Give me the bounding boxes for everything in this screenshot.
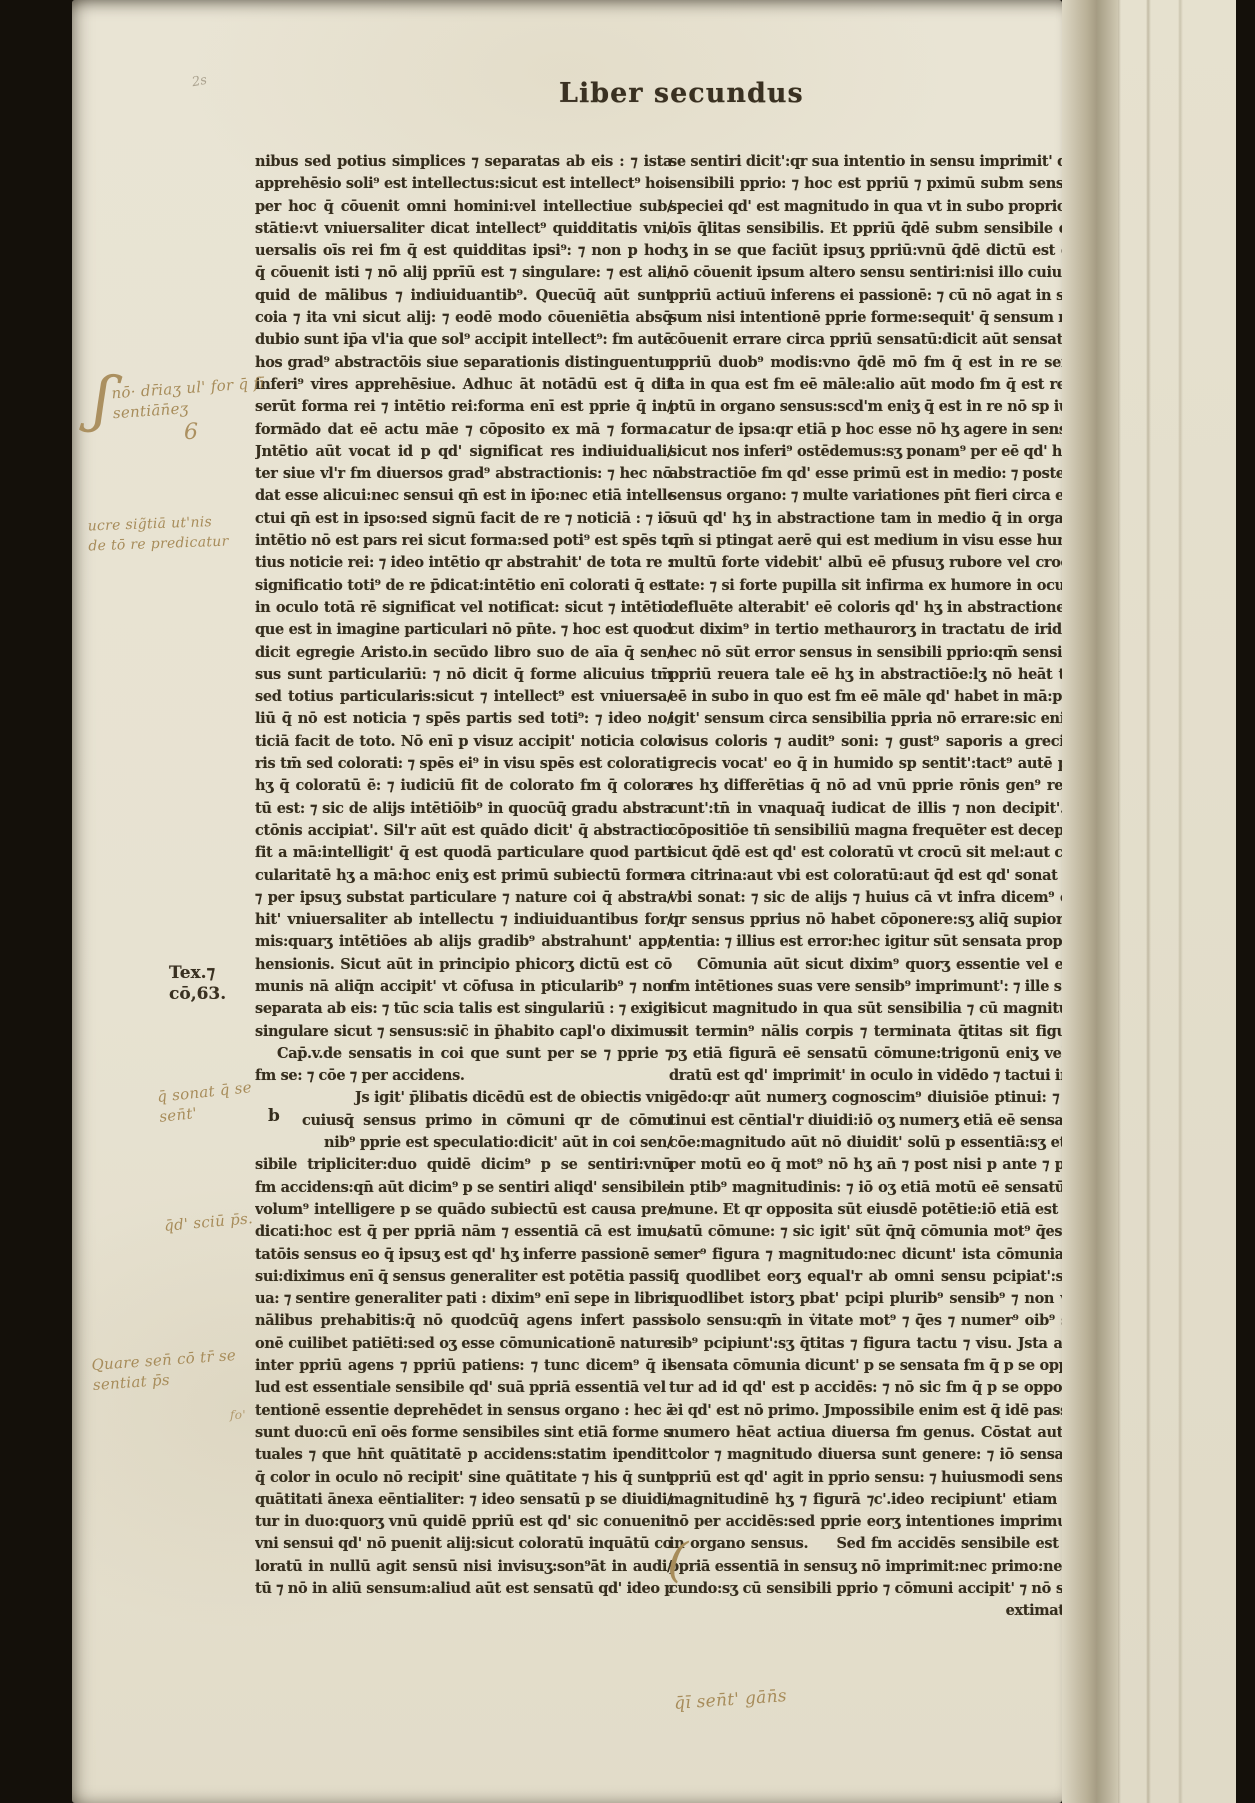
text-line: Jntētio aūt vocat id p qd' significat re… — [255, 441, 672, 463]
text-line: nō cōuenit ipsum altero sensu sentiri:ni… — [669, 262, 1088, 284]
text-line: hos grad⁹ abstractōis siue separationis … — [255, 352, 672, 374]
text-line: se sentiri dicit':qr sua intentio in sen… — [669, 151, 1088, 173]
text-line: vbi sonat: ⁊ sic de alijs ⁊ huius cā vt … — [669, 887, 1088, 909]
text-line: vni sensui qd' nō puenit alij:sicut colo… — [255, 1533, 672, 1555]
pencil-mark: 2s — [191, 73, 208, 90]
text-line: sensibili pprio: ⁊ hoc est ppriū ⁊ pximū… — [669, 173, 1088, 195]
text-line: ptū in organo sensus:scd'm eniʒ q̄ est i… — [669, 396, 1088, 418]
text-line: ppriū actiuū inferens ei passionē: ⁊ cū … — [669, 285, 1088, 307]
page-gutter-shadow — [1062, 0, 1118, 1803]
text-line: oīs q̄litas sensibilis. Et ppriū q̄dē su… — [669, 218, 1088, 240]
text-line: sed totius particularis:sicut ⁊ intellec… — [255, 686, 672, 708]
text-line: tatōis sensus eo q̄ ipsuʒ est qd' hʒ inf… — [255, 1244, 672, 1266]
text-line: mer⁹ figura ⁊ magnitudo:nec dicunt' ista… — [669, 1244, 1088, 1266]
text-line: abstractiōe fm qd' esse primū est in med… — [669, 463, 1088, 485]
text-column-right: se sentiri dicit':qr sua intentio in sen… — [669, 151, 1088, 1623]
text-line: ra citrina:aut vbi est coloratū:aut q̄d … — [669, 865, 1088, 887]
text-line: quātitati ānexa eēntialiter: ⁊ ideo sens… — [255, 1489, 672, 1511]
text-line: inter ppriū agens ⁊ ppriū patiens: ⁊ tun… — [255, 1355, 672, 1377]
text-line: tinui est cēntial'r diuidi:iō oʒ numerʒ … — [669, 1110, 1088, 1132]
handwritten-note-left-3: q̄ sonat q̄ se sen̄t' — [156, 1077, 255, 1127]
text-line: visus coloris ⁊ audit⁹ soni: ⁊ gust⁹ sap… — [669, 731, 1088, 753]
text-line: cundo:sʒ cū sensibili pprio ⁊ cōmuni acc… — [669, 1578, 1088, 1600]
text-line: cōe:magnitudo aūt nō diuidit' solū p ess… — [669, 1132, 1088, 1154]
text-line: ppriā essentiā in sensuʒ nō imprimit:nec… — [669, 1556, 1088, 1578]
text-line: ctōnis accipiat'. Sil'r aūt est quādo di… — [255, 820, 672, 842]
handwritten-note-left-5: Quare sen̄ cō tr̄ se sentiat p̄s — [91, 1345, 238, 1395]
text-line: sicut magnitudo in qua sūt sensibilia ⁊ … — [669, 998, 1088, 1020]
text-line: tuales ⁊ que hn̄t quātitatē p accidens:s… — [255, 1444, 672, 1466]
text-line: res hʒ differētias q̄ nō ad vnū pprie rō… — [669, 775, 1088, 797]
drop-cap-guide-letter: b — [268, 1106, 280, 1126]
text-line: significatio toti⁹ de re p̄dicat:intētio… — [255, 575, 672, 597]
text-line: tū est: ⁊ sic de alijs intētiōib⁹ in quo… — [255, 798, 672, 820]
text-line: tius noticie rei: ⁊ ideo intētio qr abst… — [255, 552, 672, 574]
marginalia-submark: 6 — [184, 420, 198, 445]
text-line: volum⁹ intelligere p se quādo subiectū e… — [255, 1199, 672, 1221]
text-line: hec nō sūt error sensus in sensibili ppr… — [669, 642, 1088, 664]
text-line: ticiā facit de toto. Nō enī p visuz acci… — [255, 731, 672, 753]
text-line: q̄ cōuenit isti ⁊ nō alij pprīū est ⁊ si… — [255, 262, 672, 284]
text-line: serūt forma rei ⁊ intētio rei:forma enī … — [255, 396, 672, 418]
text-line: magnitudinē hʒ ⁊ figurā ⁊c'.ideo recipiu… — [669, 1489, 1088, 1511]
text-line: tentia: ⁊ illius est error:hec igitur sū… — [669, 931, 1088, 953]
scan-background-right — [1236, 0, 1255, 1803]
text-line: dicati:hoc est q̄ per ppriā nām ⁊ essent… — [255, 1221, 672, 1243]
text-line: uersalis oīs rei fm q̄ est quidditas ips… — [255, 240, 672, 262]
text-line: sensus organo: ⁊ multe variationes pn̄t … — [669, 485, 1088, 507]
handwritten-small-mark: fo' — [230, 1405, 246, 1425]
text-line: ta in qua est fm eē māle:alio aūt modo f… — [669, 374, 1088, 396]
text-line: q̄ color in oculo nō recipit' sine quāti… — [255, 1467, 672, 1489]
text-line: tentionē essentie deprehēdet in sensus o… — [255, 1400, 672, 1422]
text-line: sus sunt particulariū: ⁊ nō dicit q̄ for… — [255, 664, 672, 686]
text-line: oʒ etiā figurā eē sensatū cōmune:trigonū… — [669, 1043, 1088, 1065]
running-title: Liber secundus — [559, 78, 804, 109]
text-line: cut dixim⁹ in tertio methaurorʒ in tract… — [669, 619, 1088, 641]
text-line: sensata cōmunia dicunt' p se sensata fm … — [669, 1355, 1088, 1377]
text-line: sib⁹ pcipiunt':sʒ q̄titas ⁊ figura tactu… — [669, 1333, 1088, 1355]
text-line: cularitatē hʒ a mā:hoc eniʒ est primū su… — [255, 865, 672, 887]
text-line: qr sensus pprius nō habet cōponere:sʒ al… — [669, 909, 1088, 931]
text-line: tur in duo:quorʒ vnū quidē ppriū est qd'… — [255, 1511, 672, 1533]
text-line: munis nā aliq̄n accipit' vt cōfusa in pt… — [255, 976, 672, 998]
text-line: separata ab eis: ⁊ tūc scia talis est si… — [255, 998, 672, 1020]
text-line: hʒ in se que faciūt ipsuʒ ppriū:vnū q̄dē… — [669, 240, 1088, 262]
text-line: ter siue vl'r fm diuersos grad⁹ abstract… — [255, 463, 672, 485]
text-line: nālibus prehabitis:q̄ nō quodcūq̄ agens … — [255, 1310, 672, 1332]
text-line: solo sensu:qm̄ in v̇itate mot⁹ ⁊ q̄es ⁊ … — [669, 1310, 1088, 1332]
text-line: tate: ⁊ si forte pupilla sit infirma ex … — [669, 575, 1088, 597]
catchword: extimatiōe — [669, 1600, 1088, 1622]
text-line: in oculo totā rē significat vel notifica… — [255, 597, 672, 619]
text-line: tū ⁊ nō in aliū sensum:aliud aūt est sen… — [255, 1578, 672, 1600]
scanned-book-page: 2s Liber secundus nibus sed potius simpl… — [0, 0, 1255, 1803]
text-line: fm accidens:qn̄ aūt dicim⁹ p se sentiri … — [255, 1177, 672, 1199]
text-line: mis:quarʒ intētiōes ab alijs gradib⁹ abs… — [255, 931, 672, 953]
text-line: dat esse alicui:nec sensui qn̄ est in ip… — [255, 485, 672, 507]
page-paper: 2s Liber secundus nibus sed potius simpl… — [72, 0, 1062, 1803]
text-line: singulare sicut ⁊ sensus:sic̄ in p̄habit… — [255, 1021, 672, 1043]
text-line: mune. Et qr opposita sūt eiusdē potētie:… — [669, 1199, 1088, 1221]
text-line: dratū est qd' imprimit' in oculo in vidē… — [669, 1065, 1088, 1087]
handwritten-note-left-2: ucre sig̃tiā ut'nis de tō re predicatur — [87, 512, 229, 557]
text-line: defluēte alterabit' eē coloris qd' hʒ in… — [669, 597, 1088, 619]
handwritten-note-bottom: q̄ī sen̄t' gān̄s — [673, 1686, 787, 1714]
text-line: igit' sensum circa sensibilia ppria nō e… — [669, 708, 1088, 730]
text-line: ppriū est qd' agit in pprio sensu: ⁊ hui… — [669, 1467, 1088, 1489]
text-line: ris tm̄ sed colorati: ⁊ spēs ei⁹ in visu… — [255, 753, 672, 775]
text-line: suū qd' hʒ in abstractione tam in medio … — [669, 508, 1088, 530]
text-line: per motū eo q̄ mot⁹ nō hʒ an̄ ⁊ post nis… — [669, 1154, 1088, 1176]
handwritten-note-left-4: q̄d' sciū p̄s. — [163, 1208, 253, 1236]
text-line: ctui qn̄ est in ipso:sed signū facit de … — [255, 508, 672, 530]
text-line: per hoc q̄ cōuenit omni homini:vel intel… — [255, 196, 672, 218]
text-line: cuiusq̄ sensus primo in cōmuni qr de cōm… — [255, 1110, 672, 1132]
text-line: Cap̄.v.de sensatis in coi que sunt per s… — [255, 1043, 672, 1065]
text-line: grecis vocat' eo q̄ in humido sp sentit'… — [669, 753, 1088, 775]
text-line: que est in imagine particulari nō pn̄te.… — [255, 619, 672, 641]
text-line: cunt':tn̄ in vnaquaq̄ iudicat de illis ⁊… — [669, 798, 1088, 820]
text-line: quodlibet istorʒ pbat' pcipi plurib⁹ sen… — [669, 1288, 1088, 1310]
text-line: sui:diximus enī q̄ sensus generaliter es… — [255, 1266, 672, 1288]
text-line: hit' vniuersaliter ab intellectu ⁊ indiu… — [255, 909, 672, 931]
text-line: color ⁊ magnitudo diuersa sunt genere: ⁊… — [669, 1444, 1088, 1466]
text-line: fit a mā:intelligit' q̄ est quodā partic… — [255, 842, 672, 864]
text-line: fm intētiones suas vere sensib⁹ imprimun… — [669, 976, 1088, 998]
text-line: nib⁹ pprie est speculatio:dicit' aūt in … — [255, 1132, 672, 1154]
text-line: loratū in nullū agit sensū nisi invisuʒ:… — [255, 1556, 672, 1578]
text-line: sunt duo:cū enī oēs forme sensibiles sin… — [255, 1422, 672, 1444]
text-line: sicut nos inferi⁹ ostēdemus:sʒ ponam⁹ pe… — [669, 441, 1088, 463]
text-line: in organo sensus. Sed fm accidēs sensibi… — [669, 1533, 1088, 1555]
tex-citation-63: Tex.⁊ cō,63. — [169, 963, 226, 1005]
text-line: quid de mālibus ⁊ indiuiduantib⁹. Quecūq… — [255, 285, 672, 307]
text-line: lud est essentiale sensibile qd' suā ppr… — [255, 1377, 672, 1399]
text-line: hensionis. Sicut aūt in principio phicor… — [255, 954, 672, 976]
text-line: ⁊ per ipsuʒ substat particulare ⁊ nature… — [255, 887, 672, 909]
text-line: inferi⁹ vires apprehēsiue. Adhuc āt notā… — [255, 374, 672, 396]
text-line: dicit egregie Aristo.in secūdo libro suo… — [255, 642, 672, 664]
text-line: cōuenit errare circa ppriū sensatū:dicit… — [669, 329, 1088, 351]
text-line: in ptib⁹ magnitudinis: ⁊ iō oʒ etiā motū… — [669, 1177, 1088, 1199]
text-line: liū q̄ nō est noticia ⁊ spēs partis sed … — [255, 708, 672, 730]
text-line: q̄ quodlibet eorʒ equal'r ab omni sensu … — [669, 1266, 1088, 1288]
text-line: ua: ⁊ sentire generaliter pati : dixim⁹ … — [255, 1288, 672, 1310]
text-line: nibus sed potius simplices ⁊ separatas a… — [255, 151, 672, 173]
text-line: ei qd' est nō primo. Jmpossibile enim es… — [669, 1400, 1088, 1422]
text-line: ppriū duob⁹ modis:vno q̄dē mō fm q̄ est … — [669, 352, 1088, 374]
text-line: qm̄ si ptingat aerē qui est medium in vi… — [669, 530, 1088, 552]
handwritten-note-left-1: nō· dr̄iaʒ ul' for q̄ fī sentiān̄eʒ — [111, 373, 267, 424]
text-line: speciei qd' est magnitudo in qua vt in s… — [669, 196, 1088, 218]
text-line: nō per accidēs:sed pprie eorʒ intentione… — [669, 1511, 1088, 1533]
text-line: Js igit' p̄libatis dicēdū est de obiecti… — [255, 1087, 672, 1109]
text-line: eē in subo in quo est fm eē māle qd' hab… — [669, 686, 1088, 708]
text-line: onē cuilibet patiēti:sed oʒ esse cōmunic… — [255, 1333, 672, 1355]
text-line: tur ad id qd' est p accidēs: ⁊ nō sic fm… — [669, 1377, 1088, 1399]
text-line: hʒ q̄ coloratū ē: ⁊ iudiciū fit de color… — [255, 775, 672, 797]
text-line: cōpositiōe tn̄ sensibiliū magna frequēte… — [669, 820, 1088, 842]
text-line: Cōmunia aūt sicut dixim⁹ quorʒ essentie … — [669, 954, 1088, 976]
text-line: stātie:vt vniuersaliter dicat intellect⁹… — [255, 218, 672, 240]
text-line: numero hēat actiua diuersa fm genus. Cōs… — [669, 1422, 1088, 1444]
text-line: satū cōmune: ⁊ sic igit' sūt q̄nq̄ cōmun… — [669, 1221, 1088, 1243]
text-line: formādo dat eē actu māe ⁊ cōposito ex mā… — [255, 419, 672, 441]
text-column-left: nibus sed potius simplices ⁊ separatas a… — [255, 151, 672, 1600]
text-line: sicut q̄dē est qd' est coloratū vt crocū… — [669, 842, 1088, 864]
text-line: dubio sunt ip̄a vl'ia que sol⁹ accipit i… — [255, 329, 672, 351]
adjacent-page-edge — [1118, 0, 1236, 1803]
text-line: gēdo:qr aūt numerʒ cognoscim⁹ diuisiōe p… — [669, 1087, 1088, 1109]
text-line: intētio nō est pars rei sicut forma:sed … — [255, 530, 672, 552]
text-line: catur de ipsa:qr etiā p hoc esse nō hʒ a… — [669, 419, 1088, 441]
text-line: multū forte videbit' albū eē pfusuʒ rubo… — [669, 552, 1088, 574]
text-line: coia ⁊ ita vni sicut alij: ⁊ eodē modo c… — [255, 307, 672, 329]
text-line: apprehēsio soli⁹ est intellectus:sicut e… — [255, 173, 672, 195]
text-line: ppriū reuera tale eē hʒ in abstractiōe:l… — [669, 664, 1088, 686]
text-line: sibile tripliciter:duo quidē dicim⁹ p se… — [255, 1154, 672, 1176]
text-line: sit termin⁹ nālis corpis ⁊ terminata q̄t… — [669, 1021, 1088, 1043]
text-line: sum nisi intentionē pprie forme:sequit' … — [669, 307, 1088, 329]
text-line: fm se: ⁊ cōe ⁊ per accidens. — [255, 1065, 672, 1087]
